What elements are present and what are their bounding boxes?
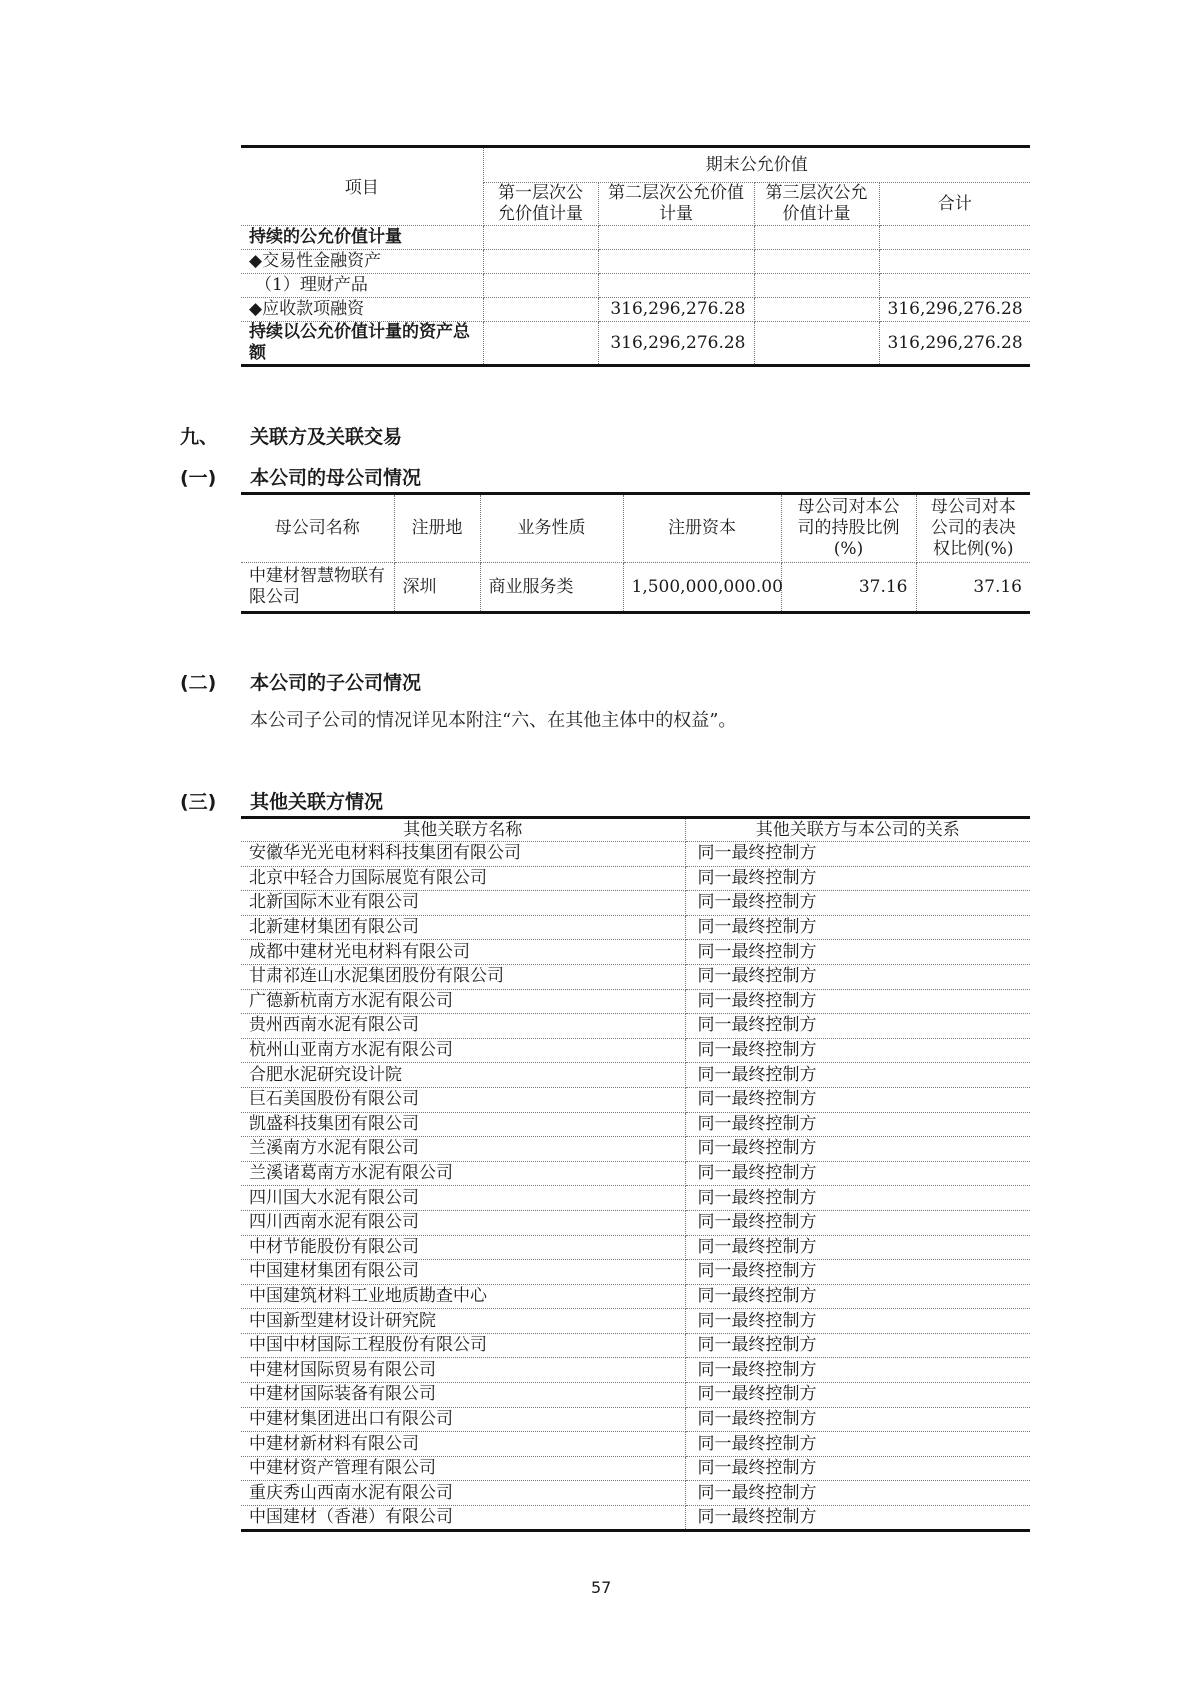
related-party-name: 中国中材国际工程股份有限公司 [241, 1333, 685, 1358]
related-party-name: 合肥水泥研究设计院 [241, 1063, 685, 1088]
table-row: 北京中轻合力国际展览有限公司同一最终控制方 [241, 866, 1030, 891]
related-party-relationship: 同一最终控制方 [685, 915, 1030, 940]
section-number: (二) [180, 671, 250, 695]
related-party-relationship: 同一最终控制方 [685, 989, 1030, 1014]
header-item: 项目 [241, 147, 483, 226]
table-row: 巨石美国股份有限公司同一最终控制方 [241, 1087, 1030, 1112]
related-party-name: 成都中建材光电材料有限公司 [241, 940, 685, 965]
table-row: 中国建材（香港）有限公司同一最终控制方 [241, 1506, 1030, 1531]
related-party-name: 中建材新材料有限公司 [241, 1432, 685, 1457]
related-party-name: 兰溪南方水泥有限公司 [241, 1137, 685, 1162]
header-level1: 第一层次公允价值计量 [483, 183, 598, 226]
table-row: 甘肃祁连山水泥集团股份有限公司同一最终控制方 [241, 964, 1030, 989]
header-level2: 第二层次公允价值计量 [598, 183, 754, 226]
table-row: 合肥水泥研究设计院同一最终控制方 [241, 1063, 1030, 1088]
related-party-name: 中建材资产管理有限公司 [241, 1456, 685, 1481]
table-row: 中建材国际装备有限公司同一最终控制方 [241, 1383, 1030, 1408]
table-row: 兰溪南方水泥有限公司同一最终控制方 [241, 1137, 1030, 1162]
related-party-relationship: 同一最终控制方 [685, 1481, 1030, 1506]
table-row: 中国中材国际工程股份有限公司同一最终控制方 [241, 1333, 1030, 1358]
table-row: 贵州西南水泥有限公司同一最终控制方 [241, 1014, 1030, 1039]
table-row: 北新国际木业有限公司同一最终控制方 [241, 891, 1030, 916]
header-level3: 第三层次公允价值计量 [754, 183, 879, 226]
header-vote-ratio: 母公司对本公司的表决权比例(%) [916, 494, 1030, 563]
fair-value-table: 项目 期末公允价值 第一层次公允价值计量 第二层次公允价值计量 第三层次公允价值… [241, 145, 1030, 367]
table-row: 中国新型建材设计研究院同一最终控制方 [241, 1309, 1030, 1334]
related-party-name: 中建材集团进出口有限公司 [241, 1407, 685, 1432]
table-row: 中建材资产管理有限公司同一最终控制方 [241, 1456, 1030, 1481]
related-party-name: 四川西南水泥有限公司 [241, 1210, 685, 1235]
related-party-relationship: 同一最终控制方 [685, 1506, 1030, 1531]
section-number: (一) [180, 466, 250, 490]
table-row: 四川西南水泥有限公司同一最终控制方 [241, 1210, 1030, 1235]
related-party-relationship: 同一最终控制方 [685, 1014, 1030, 1039]
section-title: 其他关联方情况 [250, 791, 383, 813]
related-party-name: 中国建筑材料工业地质勘查中心 [241, 1284, 685, 1309]
header-period-end-fair-value: 期末公允价值 [483, 147, 1030, 183]
section-heading-subsidiaries: (二)本公司的子公司情况 [180, 671, 421, 695]
table-row: ◆交易性金融资产 [241, 250, 1030, 274]
related-party-relationship: 同一最终控制方 [685, 891, 1030, 916]
header-business-nature: 业务性质 [480, 494, 623, 563]
table-row: 中材节能股份有限公司同一最终控制方 [241, 1235, 1030, 1260]
related-party-name: 贵州西南水泥有限公司 [241, 1014, 685, 1039]
related-party-relationship: 同一最终控制方 [685, 1186, 1030, 1211]
related-party-relationship: 同一最终控制方 [685, 1087, 1030, 1112]
related-party-relationship: 同一最终控制方 [685, 1309, 1030, 1334]
table-row: 凯盛科技集团有限公司同一最终控制方 [241, 1112, 1030, 1137]
related-party-relationship: 同一最终控制方 [685, 1137, 1030, 1162]
related-party-relationship: 同一最终控制方 [685, 1112, 1030, 1137]
related-party-name: 中国建材（香港）有限公司 [241, 1506, 685, 1531]
table-row: 安徽华光光电材料科技集团有限公司同一最终控制方 [241, 842, 1030, 867]
header-registered-capital: 注册资本 [623, 494, 781, 563]
related-party-name: 安徽华光光电材料科技集团有限公司 [241, 842, 685, 867]
subsidiaries-note: 本公司子公司的情况详见本附注“六、在其他主体中的权益”。 [250, 709, 736, 733]
related-party-relationship: 同一最终控制方 [685, 866, 1030, 891]
related-party-name: 中国建材集团有限公司 [241, 1260, 685, 1285]
related-party-relationship: 同一最终控制方 [685, 1161, 1030, 1186]
section-number: (三) [180, 790, 250, 814]
related-party-name: 中国新型建材设计研究院 [241, 1309, 685, 1334]
related-party-relationship: 同一最终控制方 [685, 1284, 1030, 1309]
related-party-relationship: 同一最终控制方 [685, 1456, 1030, 1481]
related-party-name: 广德新杭南方水泥有限公司 [241, 989, 685, 1014]
section-heading-other-related-parties: (三)其他关联方情况 [180, 790, 383, 814]
related-party-relationship: 同一最终控制方 [685, 1383, 1030, 1408]
related-party-relationship: 同一最终控制方 [685, 1260, 1030, 1285]
section-title: 本公司的母公司情况 [250, 467, 421, 489]
related-party-relationship: 同一最终控制方 [685, 1333, 1030, 1358]
related-party-relationship: 同一最终控制方 [685, 1038, 1030, 1063]
table-row: 北新建材集团有限公司同一最终控制方 [241, 915, 1030, 940]
related-party-name: 北新国际木业有限公司 [241, 891, 685, 916]
table-row: 中建材智慧物联有限公司 深圳 商业服务类 1,500,000,000.00 37… [241, 563, 1030, 613]
related-party-name: 兰溪诸葛南方水泥有限公司 [241, 1161, 685, 1186]
related-party-relationship: 同一最终控制方 [685, 1432, 1030, 1457]
section-number: 九、 [180, 425, 250, 449]
related-party-relationship: 同一最终控制方 [685, 964, 1030, 989]
header-related-party-name: 其他关联方名称 [241, 818, 685, 842]
related-party-name: 巨石美国股份有限公司 [241, 1087, 685, 1112]
table-row: 持续以公允价值计量的资产总额 316,296,276.28 316,296,27… [241, 322, 1030, 366]
related-party-name: 甘肃祁连山水泥集团股份有限公司 [241, 964, 685, 989]
other-related-parties-table: 其他关联方名称 其他关联方与本公司的关系 安徽华光光电材料科技集团有限公司同一最… [241, 816, 1030, 1532]
related-party-relationship: 同一最终控制方 [685, 1210, 1030, 1235]
related-party-name: 重庆秀山西南水泥有限公司 [241, 1481, 685, 1506]
related-party-name: 杭州山亚南方水泥有限公司 [241, 1038, 685, 1063]
table-row: 中国建筑材料工业地质勘查中心同一最终控制方 [241, 1284, 1030, 1309]
related-party-name: 北新建材集团有限公司 [241, 915, 685, 940]
section-heading-related-parties: 九、关联方及关联交易 [180, 425, 402, 449]
table-row: 中建材集团进出口有限公司同一最终控制方 [241, 1407, 1030, 1432]
related-party-relationship: 同一最终控制方 [685, 842, 1030, 867]
related-party-relationship: 同一最终控制方 [685, 1235, 1030, 1260]
related-party-name: 四川国大水泥有限公司 [241, 1186, 685, 1211]
header-total: 合计 [879, 183, 1030, 226]
table-row: 杭州山亚南方水泥有限公司同一最终控制方 [241, 1038, 1030, 1063]
section-title: 关联方及关联交易 [250, 426, 402, 448]
table-row: （1）理财产品 [241, 274, 1030, 298]
table-row: 中建材新材料有限公司同一最终控制方 [241, 1432, 1030, 1457]
related-party-name: 中建材国际装备有限公司 [241, 1383, 685, 1408]
related-party-relationship: 同一最终控制方 [685, 1358, 1030, 1383]
table-row: 中建材国际贸易有限公司同一最终控制方 [241, 1358, 1030, 1383]
header-registered-place: 注册地 [394, 494, 480, 563]
table-row: 兰溪诸葛南方水泥有限公司同一最终控制方 [241, 1161, 1030, 1186]
related-party-name: 北京中轻合力国际展览有限公司 [241, 866, 685, 891]
related-party-relationship: 同一最终控制方 [685, 940, 1030, 965]
related-party-relationship: 同一最终控制方 [685, 1063, 1030, 1088]
related-party-name: 凯盛科技集团有限公司 [241, 1112, 685, 1137]
table-row: 四川国大水泥有限公司同一最终控制方 [241, 1186, 1030, 1211]
header-parent-name: 母公司名称 [241, 494, 394, 563]
header-share-ratio: 母公司对本公司的持股比例(%) [781, 494, 916, 563]
header-relationship: 其他关联方与本公司的关系 [685, 818, 1030, 842]
related-party-name: 中材节能股份有限公司 [241, 1235, 685, 1260]
related-party-name: 中建材国际贸易有限公司 [241, 1358, 685, 1383]
table-row: 中国建材集团有限公司同一最终控制方 [241, 1260, 1030, 1285]
table-row: 重庆秀山西南水泥有限公司同一最终控制方 [241, 1481, 1030, 1506]
related-party-relationship: 同一最终控制方 [685, 1407, 1030, 1432]
table-row: 持续的公允价值计量 [241, 226, 1030, 250]
table-row: 广德新杭南方水泥有限公司同一最终控制方 [241, 989, 1030, 1014]
section-title: 本公司的子公司情况 [250, 672, 421, 694]
table-row: ◆应收款项融资 316,296,276.28 316,296,276.28 [241, 298, 1030, 322]
section-heading-parent-company: (一)本公司的母公司情况 [180, 466, 421, 490]
parent-company-table: 母公司名称 注册地 业务性质 注册资本 母公司对本公司的持股比例(%) 母公司对… [241, 492, 1030, 614]
table-row: 成都中建材光电材料有限公司同一最终控制方 [241, 940, 1030, 965]
page-number: 57 [591, 1578, 611, 1597]
